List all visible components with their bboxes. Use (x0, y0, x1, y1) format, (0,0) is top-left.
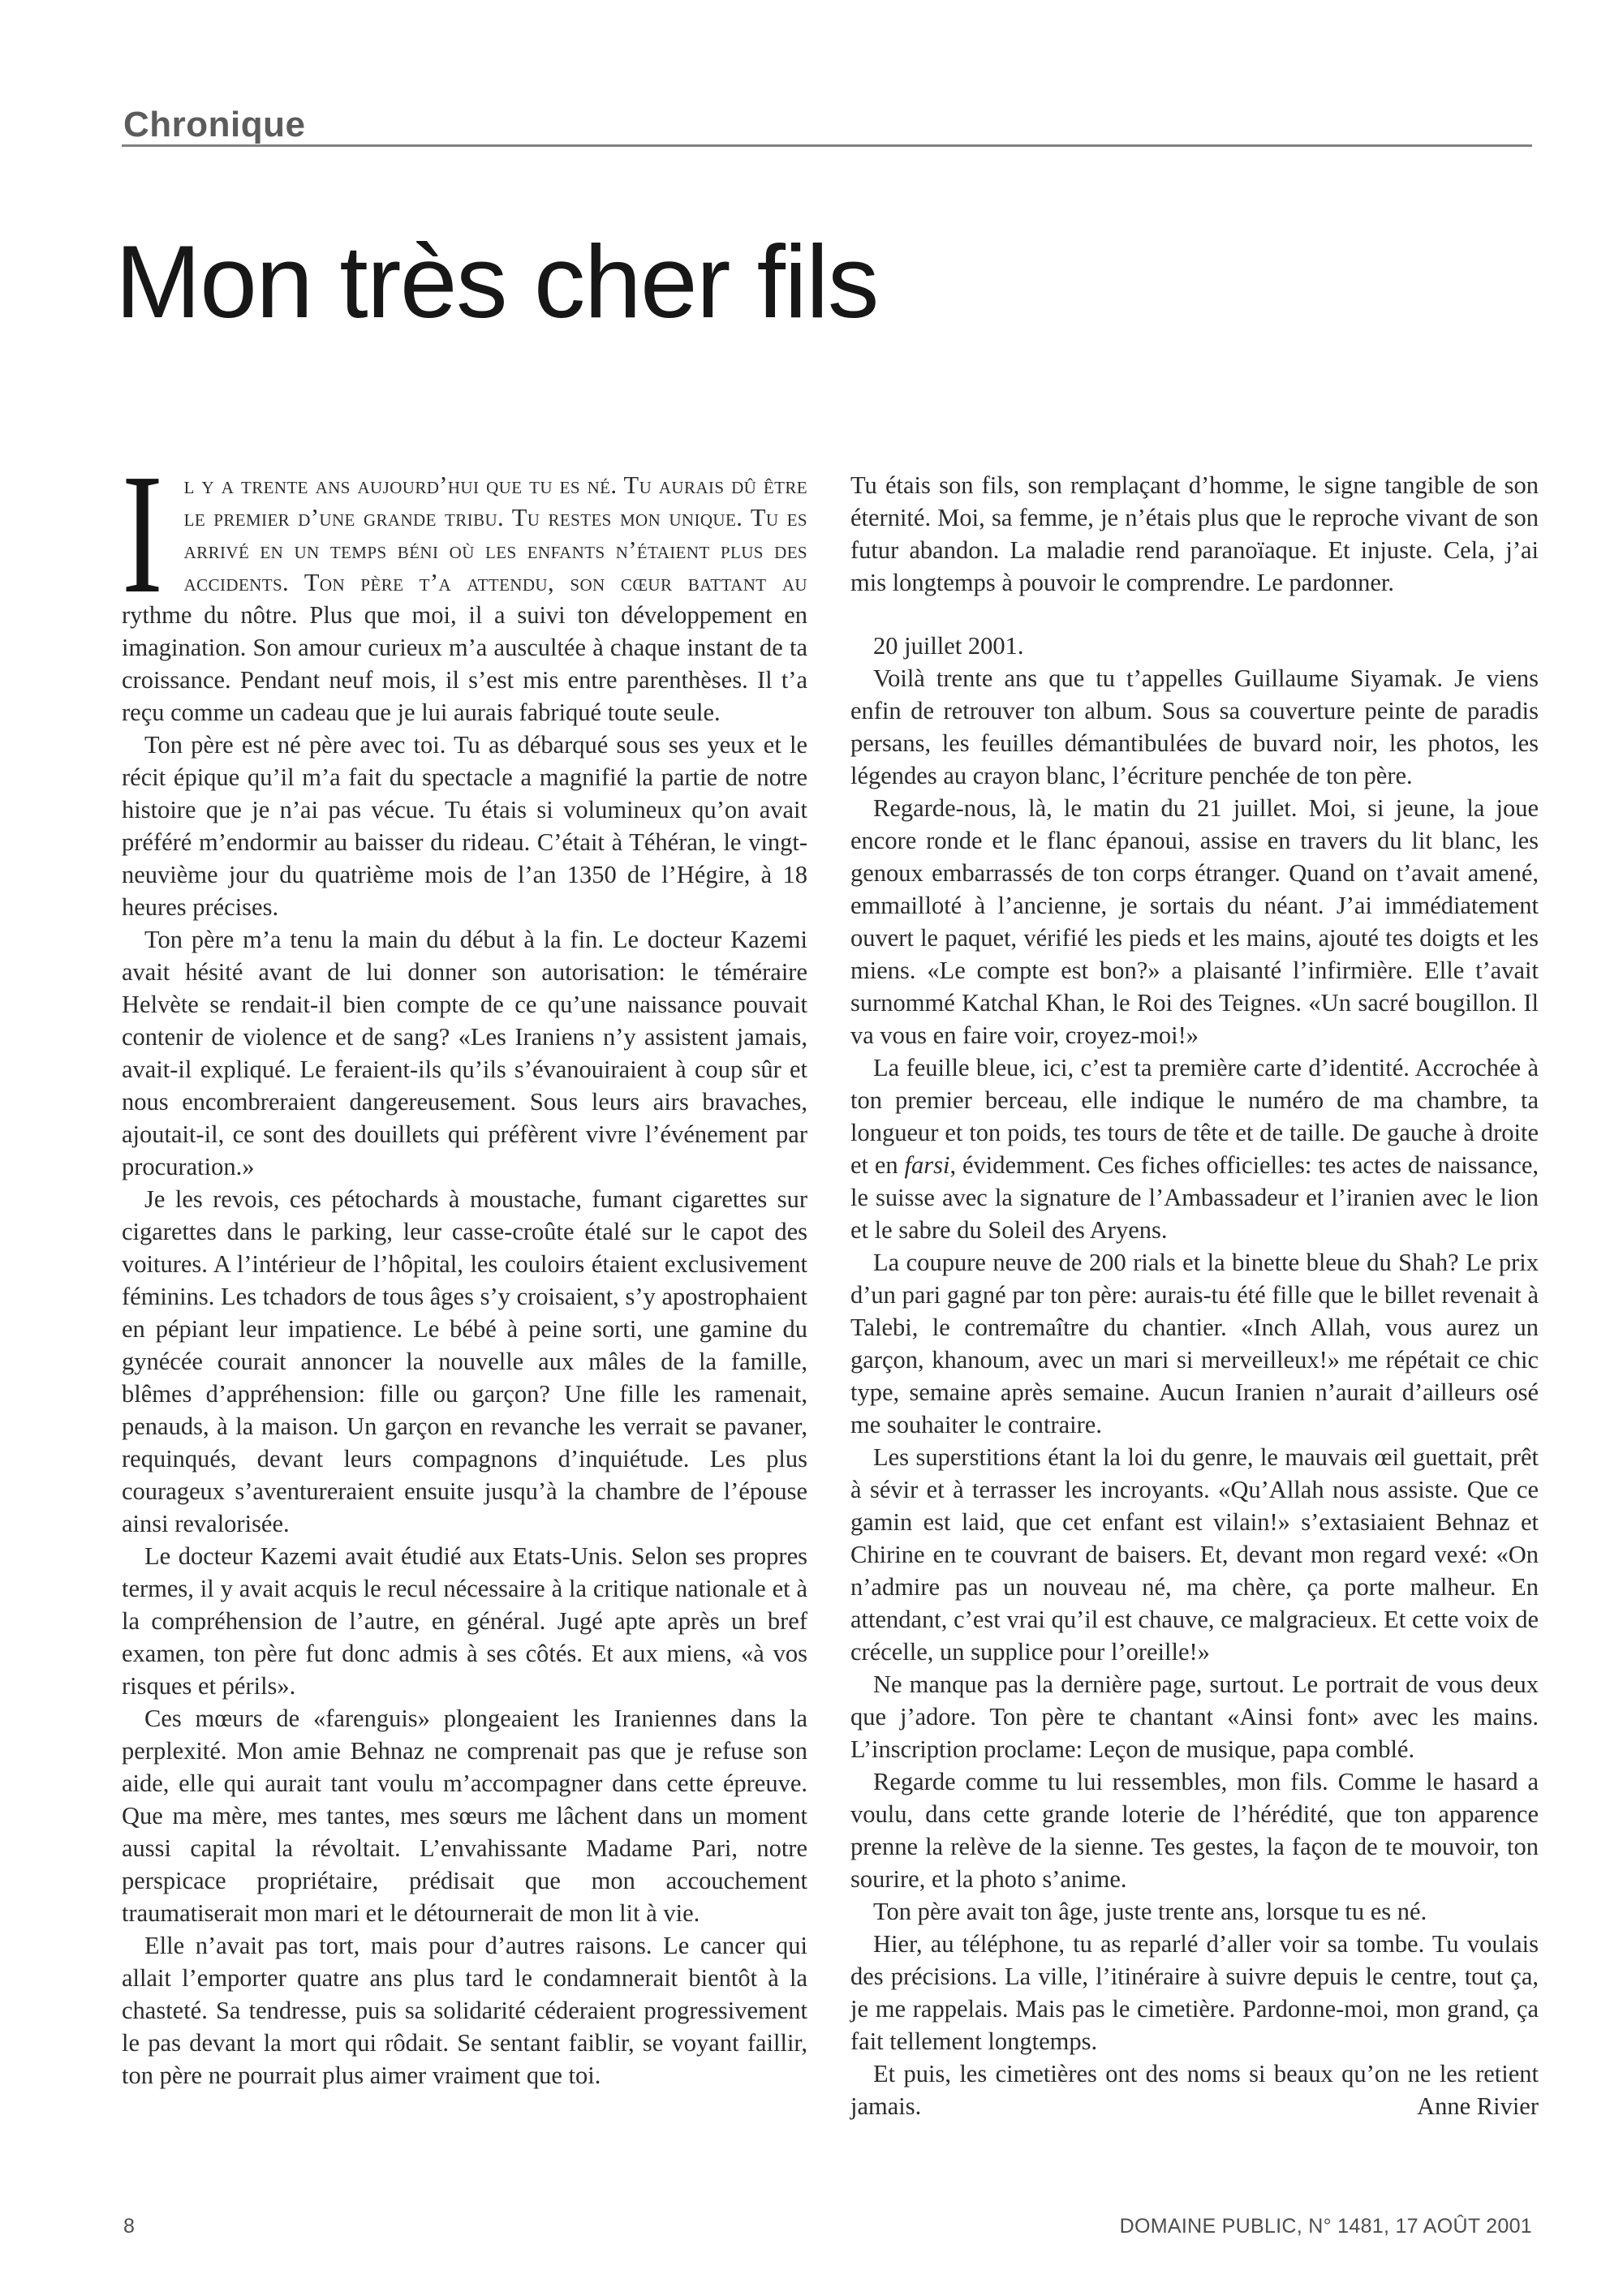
drop-cap: I (122, 469, 169, 599)
paragraph: Regarde-nous, là, le matin du 21 juillet… (850, 792, 1539, 1051)
paragraph: La feuille bleue, ici, c’est ta première… (850, 1051, 1539, 1246)
paragraph: Les superstitions étant la loi du genre,… (850, 1441, 1539, 1668)
date-line: 20 juillet 2001. (850, 630, 1539, 662)
article-column-right: Tu étais son fils, son remplaçant d’homm… (850, 469, 1539, 2122)
page-number: 8 (123, 2215, 135, 2238)
section-header: Chronique (122, 104, 1532, 147)
author-signature: Anne Rivier (1394, 2090, 1539, 2122)
paragraph: Hier, au téléphone, tu as reparlé d’alle… (850, 1928, 1539, 2057)
paragraph: Voilà trente ans que tu t’appelles Guill… (850, 662, 1539, 792)
paragraph: Ton père est né père avec toi. Tu as déb… (122, 729, 807, 923)
paragraph-text: rythme du nôtre. Plus que moi, il a suiv… (122, 601, 807, 726)
paragraph: Je les revois, ces pétochards à moustach… (122, 1183, 807, 1540)
article-title: Mon très cher fils (115, 226, 878, 339)
paragraph: Ton père m’a tenu la main du début à la … (122, 923, 807, 1183)
lead-smallcaps: l y a trente ans aujourd’hui que tu es n… (184, 471, 807, 596)
magazine-page: Chronique Mon très cher fils Il y a tren… (0, 0, 1623, 2296)
paragraph: Le docteur Kazemi avait étudié aux Etats… (122, 1540, 807, 1702)
paragraph-opening: Il y a trente ans aujourd’hui que tu es … (122, 469, 807, 729)
paragraph: Elle n’avait pas tort, mais pour d’autre… (122, 1929, 807, 2092)
paragraph-text: , évidemment. Ces fiches officielles: te… (850, 1151, 1539, 1244)
section-label: Chronique (123, 107, 305, 143)
paragraph: Ton père avait ton âge, juste trente ans… (850, 1895, 1539, 1928)
paragraph: Ces mœurs de «farenguis» plongeaient les… (122, 1702, 807, 1929)
article-column-left: Il y a trente ans aujourd’hui que tu es … (122, 469, 807, 2092)
paragraph: Ne manque pas la dernière page, surtout.… (850, 1668, 1539, 1765)
italic-word: farsi (905, 1151, 950, 1179)
journal-line: DOMAINE PUBLIC, N° 1481, 17 AOÛT 2001 (1120, 2215, 1532, 2238)
paragraph: Regarde comme tu lui ressembles, mon fil… (850, 1765, 1539, 1895)
paragraph-closing: Et puis, les cimetières ont des noms si … (850, 2057, 1539, 2122)
paragraph: Tu étais son fils, son remplaçant d’homm… (850, 469, 1539, 599)
paragraph: La coupure neuve de 200 rials et la bine… (850, 1246, 1539, 1441)
